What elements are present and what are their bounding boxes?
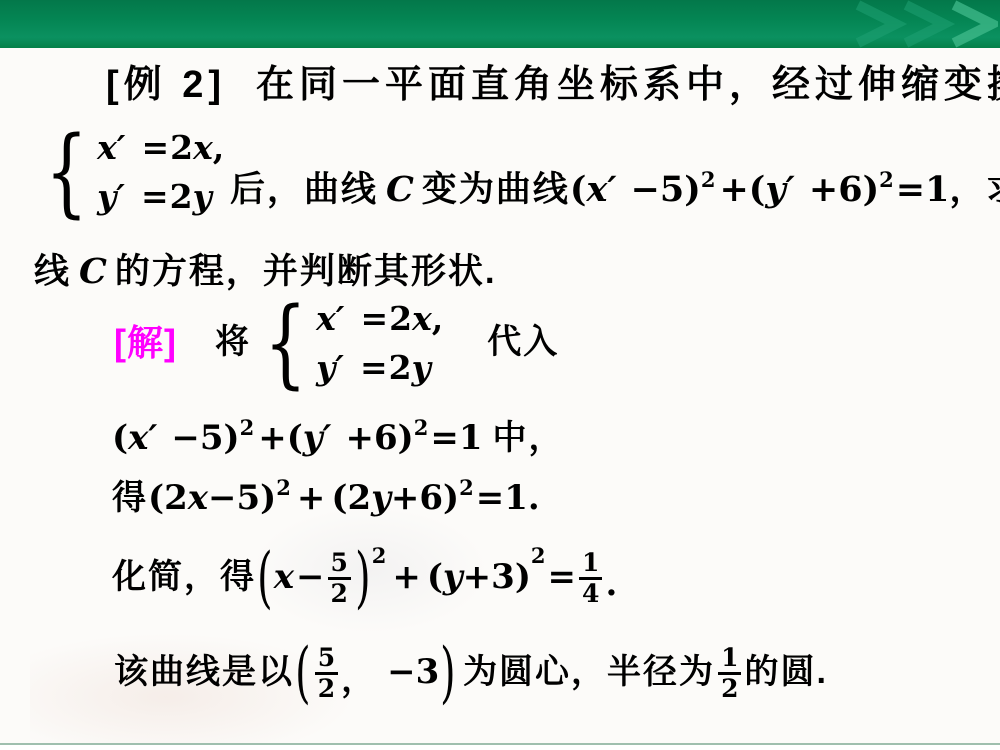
cn-text: 中， — [493, 419, 565, 457]
solution-conclusion: 该曲线是以 ( 52 ， −3 ) 为圆心，半径为 12 的圆. — [114, 630, 828, 716]
x-var: x — [188, 478, 208, 518]
fraction-numerator: 1 — [718, 644, 741, 672]
plus-operator: + — [392, 555, 421, 601]
math-term: ( — [427, 555, 443, 601]
math-term: +3) — [463, 555, 531, 601]
math-term: −5) — [631, 169, 701, 210]
fraction-numerator: 5 — [328, 549, 351, 577]
cn-text: 代入 — [487, 320, 559, 366]
math-term: −3 — [387, 650, 439, 696]
fraction-numerator: 1 — [579, 549, 602, 577]
y-prime-var: y′ — [303, 418, 332, 458]
solution-step-1: [解] 将 { x′=2x, y′=2y 代入 — [114, 294, 559, 392]
solution-step-3: 得(2x−5)2+(2y+6)2=1. — [112, 476, 540, 522]
superscript: 2 — [240, 415, 255, 440]
equation-y: y′=2y — [316, 348, 443, 388]
equation-x: x′=2x, — [97, 128, 224, 168]
cn-text: 将 — [215, 320, 251, 366]
superscript: 2 — [414, 415, 429, 440]
fraction-denominator: 2 — [718, 672, 741, 703]
math-term: −5) — [171, 418, 239, 458]
superscript: 2 — [879, 167, 894, 192]
fraction-denominator: 2 — [328, 577, 351, 608]
y-prime-var: y′ — [765, 169, 795, 210]
y-var: y — [371, 478, 391, 518]
cn-text: 化简，得 — [112, 555, 256, 601]
cn-text: 的方程，并判断其形状. — [115, 252, 497, 291]
solution-tag: [解] — [114, 319, 177, 368]
math-term: ( — [570, 169, 587, 210]
minus-operator: − — [296, 555, 325, 601]
equation-x: x′=2x, — [316, 299, 443, 339]
cn-text: 线 — [34, 252, 71, 291]
fraction-numerator: 5 — [315, 644, 338, 672]
big-right-paren-icon: ) — [440, 640, 455, 706]
math-term: +( — [258, 418, 303, 458]
math-term: +( — [719, 169, 765, 210]
y-var: y — [443, 555, 463, 601]
fraction-denominator: 2 — [315, 672, 338, 703]
problem-statement-line-1: 后，曲线C变为曲线(x′−5)2+(y′+6)2=1，求曲 — [230, 166, 1000, 213]
cn-text: ，求曲 — [949, 170, 1000, 209]
title-text: 在同一平面直角坐标系中，经过伸缩变换 — [256, 64, 1000, 106]
comma: ， — [341, 658, 375, 704]
math-term: −5) — [208, 478, 276, 518]
big-left-paren-icon: ( — [295, 640, 310, 706]
fraction-five-halves: 52 — [328, 549, 351, 608]
math-term: (2 — [331, 478, 371, 518]
fraction-five-halves: 52 — [315, 644, 338, 703]
x-prime-var: x′ — [586, 169, 616, 210]
math-term: +6) — [346, 418, 414, 458]
superscript: 2 — [459, 475, 474, 500]
math-term: +6) — [809, 169, 879, 210]
curve-c-var: C — [79, 251, 107, 292]
superscript: 2 — [531, 542, 546, 570]
footer-margin — [0, 745, 1000, 750]
math-term: (2 — [148, 478, 188, 518]
fraction-one-fourth: 14 — [579, 549, 602, 608]
math-term: ( — [112, 418, 128, 458]
header-bar — [0, 0, 1000, 48]
equation-system: { x′=2x, y′=2y — [36, 124, 224, 220]
math-term: =1. — [476, 478, 540, 518]
period: . — [605, 562, 617, 608]
superscript: 2 — [276, 475, 291, 500]
superscript: 2 — [701, 167, 716, 192]
solution-step-2: (x′−5)2+(y′+6)2=1中， — [112, 416, 565, 462]
fraction-one-half: 12 — [718, 644, 741, 703]
equation-y: y′=2y — [97, 177, 224, 217]
left-brace-icon: { — [264, 295, 307, 391]
math-term: =1 — [430, 418, 482, 458]
x-prime-var: x′ — [128, 418, 157, 458]
plus-operator: + — [297, 478, 326, 518]
fraction-denominator: 4 — [579, 577, 602, 608]
system-rows: x′=2x, y′=2y — [97, 128, 224, 216]
x-var: x — [274, 555, 294, 601]
equals-operator: = — [548, 555, 577, 601]
cn-text: 后，曲线 — [230, 170, 378, 209]
math-term: +6) — [391, 478, 459, 518]
double-chevron-right-icon — [848, 0, 998, 48]
cn-text: 为圆心，半径为 — [463, 650, 715, 696]
left-brace-icon: { — [45, 124, 88, 220]
cn-text: 的圆. — [744, 650, 827, 696]
example-title: [例 2]在同一平面直角坐标系中，经过伸缩变换 — [106, 60, 1000, 111]
big-right-paren-icon: ) — [355, 545, 370, 611]
cn-text: 变为曲线 — [422, 170, 570, 209]
superscript: 2 — [372, 542, 387, 570]
example-label: [例 2] — [106, 64, 226, 106]
presentation-slide: [例 2]在同一平面直角坐标系中，经过伸缩变换 { x′=2x, y′=2y 后… — [0, 0, 1000, 750]
system-rows: x′=2x, y′=2y — [316, 299, 443, 387]
solution-step-4: 化简，得 ( x − 52 ) 2 + ( y +3) 2 = 14 . — [112, 536, 617, 620]
equation-system: { x′=2x, y′=2y — [255, 295, 443, 391]
cn-text: 得 — [112, 479, 148, 517]
transform-system-problem: { x′=2x, y′=2y — [36, 124, 224, 220]
cn-text: 该曲线是以 — [114, 650, 294, 696]
curve-c-var: C — [386, 169, 414, 210]
math-term: =1 — [896, 169, 950, 210]
big-left-paren-icon: ( — [257, 545, 272, 611]
